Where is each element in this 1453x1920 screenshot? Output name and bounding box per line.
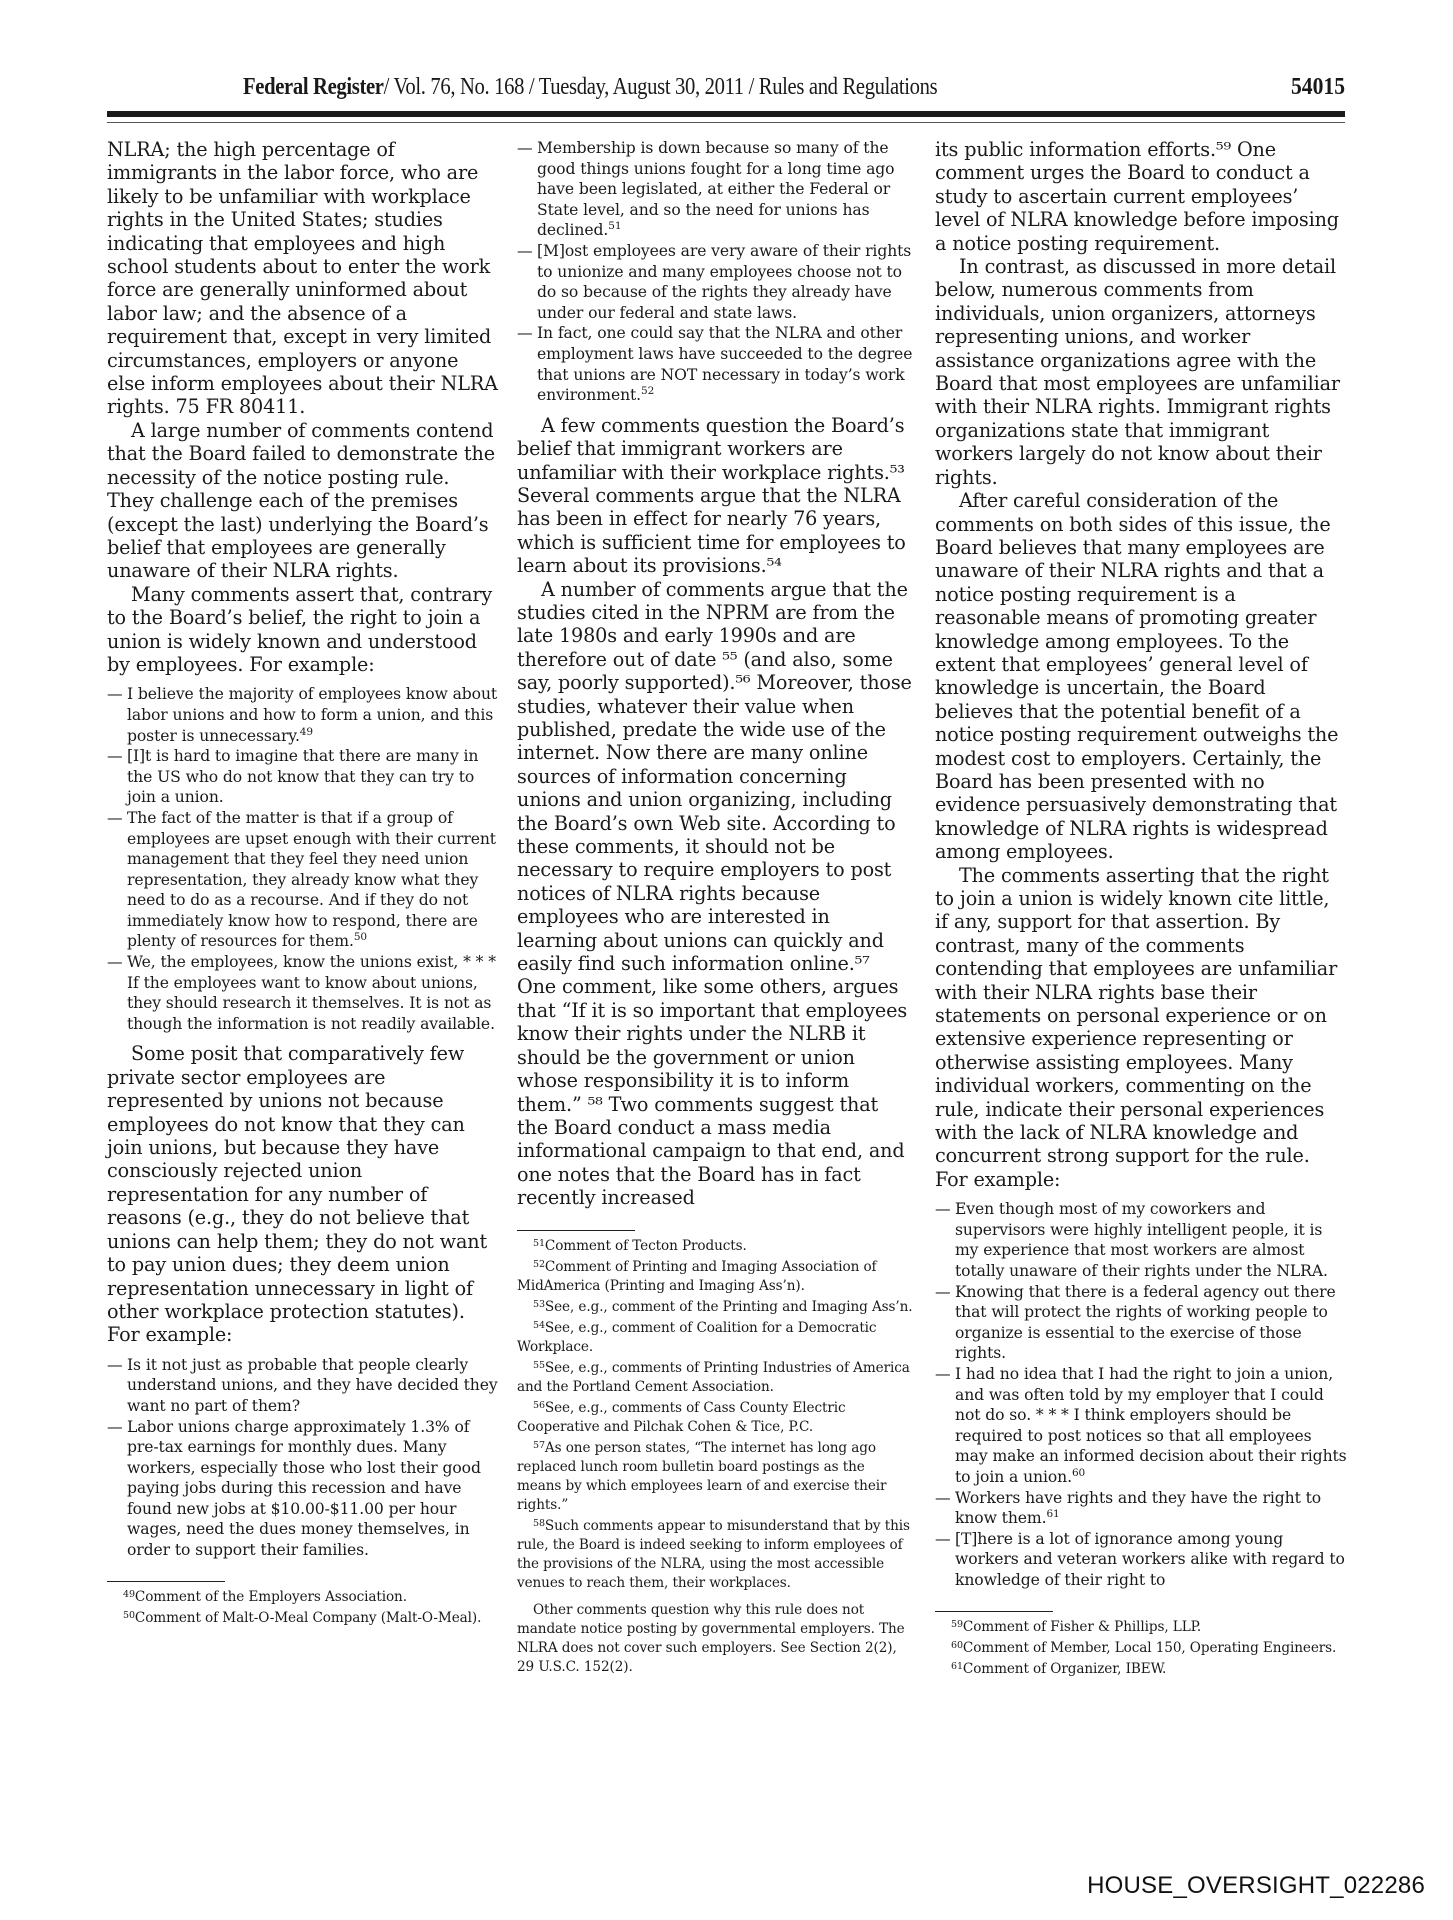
bates-stamp: HOUSE_OVERSIGHT_022286 [1087,1872,1425,1900]
paragraph: A number of comments argue that the stud… [517,578,913,1210]
paragraph: A few comments question the Board’s beli… [517,414,913,578]
extract-item: —Workers have rights and they have the r… [935,1488,1347,1529]
extract-list: —Is it not just as probable that people … [107,1355,499,1561]
footnote: 59Comment of Fisher & Phillips, LLP. [935,1618,1347,1637]
issue-info: / Vol. 76, No. 168 / Tuesday, August 30,… [384,74,938,100]
footnote: 54See, e.g., comment of Coalition for a … [517,1319,913,1357]
extract-item: —[I]t is hard to imagine that there are … [107,746,499,808]
extract-item: —I believe the majority of employees kno… [107,684,499,746]
extract-item: —In fact, one could say that the NLRA an… [517,323,913,405]
footnote: 49Comment of the Employers Association. [107,1588,499,1607]
extract-list: —Even though most of my coworkers and su… [935,1199,1347,1590]
running-head: Federal Register/ Vol. 76, No. 168 / Tue… [243,74,937,101]
footnote-ref[interactable]: 61 [1046,1508,1059,1520]
extract-list: —Membership is down because so many of t… [517,138,913,406]
footnote-ref[interactable]: 49 [300,726,313,738]
extract-item: —[T]here is a lot of ignorance among you… [935,1529,1347,1591]
footnote-ref[interactable]: 51 [608,220,621,232]
extract-item: —Is it not just as probable that people … [107,1355,499,1417]
footnote: 50Comment of Malt-O-Meal Company (Malt-O… [107,1609,499,1628]
column-3: its public information efforts.⁵⁹ One co… [935,138,1347,1681]
extract-item: —The fact of the matter is that if a gro… [107,808,499,952]
footnote: 52Comment of Printing and Imaging Associ… [517,1258,913,1296]
footnote: 61Comment of Organizer, IBEW. [935,1660,1347,1679]
footnote: 60Comment of Member, Local 150, Operatin… [935,1639,1347,1658]
paragraph: In contrast, as discussed in more detail… [935,255,1347,489]
paragraph: Many comments assert that, contrary to t… [107,583,499,677]
footnote: 53See, e.g., comment of the Printing and… [517,1298,913,1317]
publication-name: Federal Register [243,74,384,100]
extract-item: —Labor unions charge approximately 1.3% … [107,1417,499,1561]
footnote-ref[interactable]: 60 [1072,1467,1085,1479]
column-1: NLRA; the high percentage of immigrants … [107,138,499,1630]
footnote-divider [107,1581,225,1582]
footnote: 58Such comments appear to misunderstand … [517,1517,913,1593]
extract-list: —I believe the majority of employees kno… [107,684,499,1034]
footnote-ref[interactable]: 50 [354,931,367,943]
extract-item: —Even though most of my coworkers and su… [935,1199,1347,1281]
footnote: 51Comment of Tecton Products. [517,1237,913,1256]
page-number: 54015 [1291,74,1345,101]
extract-item: —Membership is down because so many of t… [517,138,913,241]
header-rule-thick [107,111,1345,117]
paragraph: Some posit that comparatively few privat… [107,1042,499,1346]
paragraph: A large number of comments contend that … [107,419,499,583]
footnote: 57As one person states, “The internet ha… [517,1439,913,1515]
footnote-ref[interactable]: 52 [641,385,654,397]
footnote: 56See, e.g., comments of Cass County Ele… [517,1399,913,1437]
extract-item: —I had no idea that I had the right to j… [935,1364,1347,1488]
paragraph: NLRA; the high percentage of immigrants … [107,138,499,419]
extract-item: —Knowing that there is a federal agency … [935,1282,1347,1364]
paragraph: its public information efforts.⁵⁹ One co… [935,138,1347,255]
footnote-divider [935,1611,1053,1612]
header-rule-thin [107,122,1345,123]
paragraph: After careful consideration of the comme… [935,489,1347,864]
footnote-continuation: Other comments question why this rule do… [517,1601,913,1677]
footnote: 55See, e.g., comments of Printing Indust… [517,1359,913,1397]
page-header: Federal Register/ Vol. 76, No. 168 / Tue… [107,72,1345,106]
column-2: —Membership is down because so many of t… [517,138,913,1679]
paragraph: The comments asserting that the right to… [935,864,1347,1192]
extract-item: —We, the employees, know the unions exis… [107,952,499,1034]
extract-item: —[M]ost employees are very aware of thei… [517,241,913,323]
footnote-divider [517,1230,635,1231]
